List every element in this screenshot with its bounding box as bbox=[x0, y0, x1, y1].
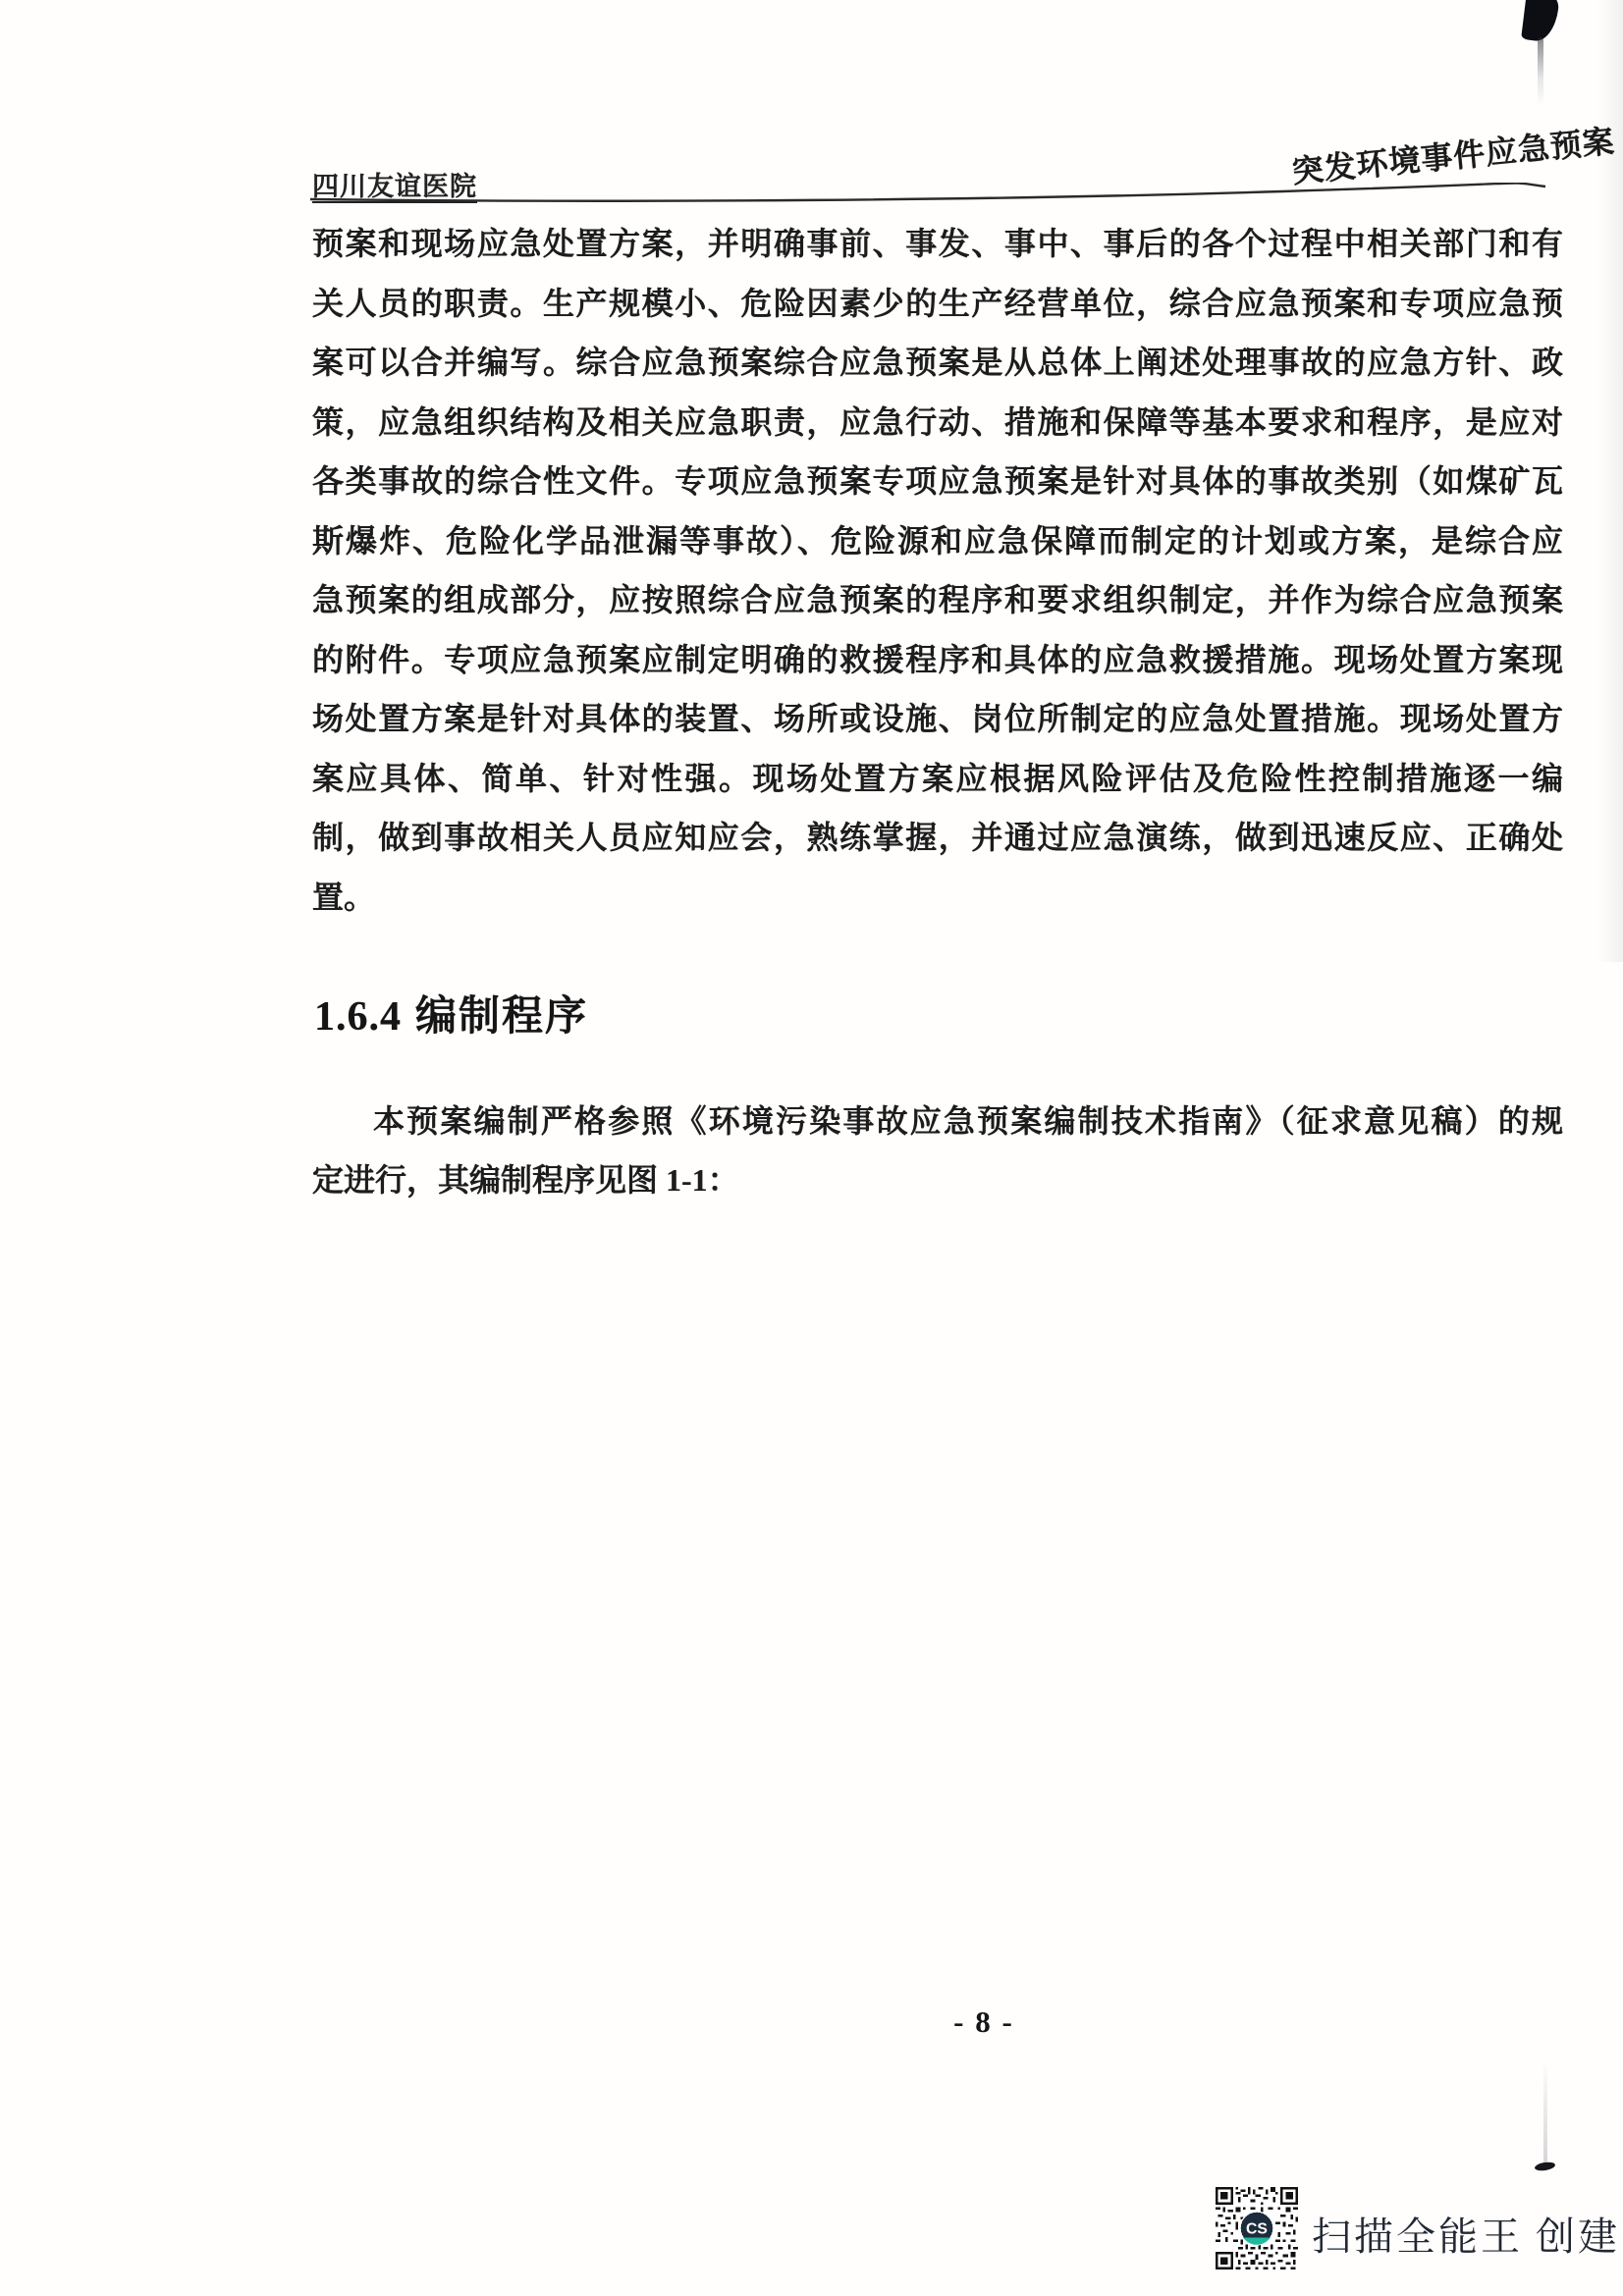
scan-streak-artifact bbox=[1543, 2059, 1547, 2165]
watermark-label: 扫描全能王 创建 bbox=[1312, 2206, 1620, 2262]
body-line: 的附件。专项应急预案应制定明确的救援程序和具体的应急救援措施。现场处置方案现 bbox=[312, 630, 1563, 690]
page-number: - 8 - bbox=[953, 2004, 1014, 2040]
body-paragraph: 预案和现场应急处置方案，并明确事前、事发、事中、事后的各个过程中相关部门和有 关… bbox=[312, 214, 1563, 927]
camscanner-watermark: CS 扫描全能王 创建 bbox=[1216, 2187, 1620, 2269]
body-line: 场处置方案是针对具体的装置、场所或设施、岗位所制定的应急处置措施。现场处置方 bbox=[312, 689, 1563, 749]
body-line: 斯爆炸、危险化学品泄漏等事故）、危险源和应急保障而制定的计划或方案，是综合应 bbox=[312, 511, 1563, 571]
paragraph-line: 本预案编制严格参照《环境污染事故应急预案编制技术指南》（征求意见稿）的规 bbox=[312, 1092, 1563, 1150]
paragraph-line: 定进行，其编制程序见图 1-1： bbox=[312, 1150, 1563, 1209]
body-line: 各类事故的综合性文件。专项应急预案专项应急预案是针对具体的事故类别（如煤矿瓦 bbox=[312, 452, 1563, 511]
body-line: 置。 bbox=[312, 868, 1563, 928]
svg-text:CS: CS bbox=[1246, 2220, 1268, 2237]
body-line: 案应具体、简单、针对性强。现场处置方案应根据风险评估及危险性控制措施逐一编 bbox=[312, 749, 1563, 809]
body-line: 急预案的组成部分，应按照综合应急预案的程序和要求组织制定，并作为综合应急预案 bbox=[312, 570, 1563, 630]
body-line: 策，应急组织结构及相关应急职责，应急行动、措施和保障等基本要求和程序，是应对 bbox=[312, 393, 1563, 453]
section-heading: 1.6.4编制程序 bbox=[314, 984, 588, 1042]
ink-mark-tail bbox=[1538, 37, 1543, 106]
section-title: 编制程序 bbox=[415, 992, 588, 1039]
section-number: 1.6.4 bbox=[314, 994, 402, 1040]
body-line: 关人员的职责。生产规模小、危险因素少的生产经营单位，综合应急预案和专项应急预 bbox=[312, 274, 1563, 334]
section-paragraph: 本预案编制严格参照《环境污染事故应急预案编制技术指南》（征求意见稿）的规 定进行… bbox=[312, 1092, 1563, 1209]
header-right-title: 突发环境事件应急预案 bbox=[1290, 110, 1623, 192]
body-line: 预案和现场应急处置方案，并明确事前、事发、事中、事后的各个过程中相关部门和有 bbox=[312, 214, 1563, 274]
header-rule bbox=[310, 183, 1547, 208]
qr-code-icon: CS bbox=[1216, 2187, 1298, 2269]
scanned-document-page: 四川友谊医院 突发环境事件应急预案 预案和现场应急处置方案，并明确事前、事发、事… bbox=[0, 0, 1623, 2296]
body-line: 制，做到事故相关人员应知应会，熟练掌握，并通过应急演练，做到迅速反应、正确处 bbox=[312, 808, 1563, 868]
scan-streak-tip bbox=[1535, 2161, 1556, 2171]
body-line: 案可以合并编写。综合应急预案综合应急预案是从总体上阐述处理事故的应急方针、政 bbox=[312, 333, 1563, 393]
